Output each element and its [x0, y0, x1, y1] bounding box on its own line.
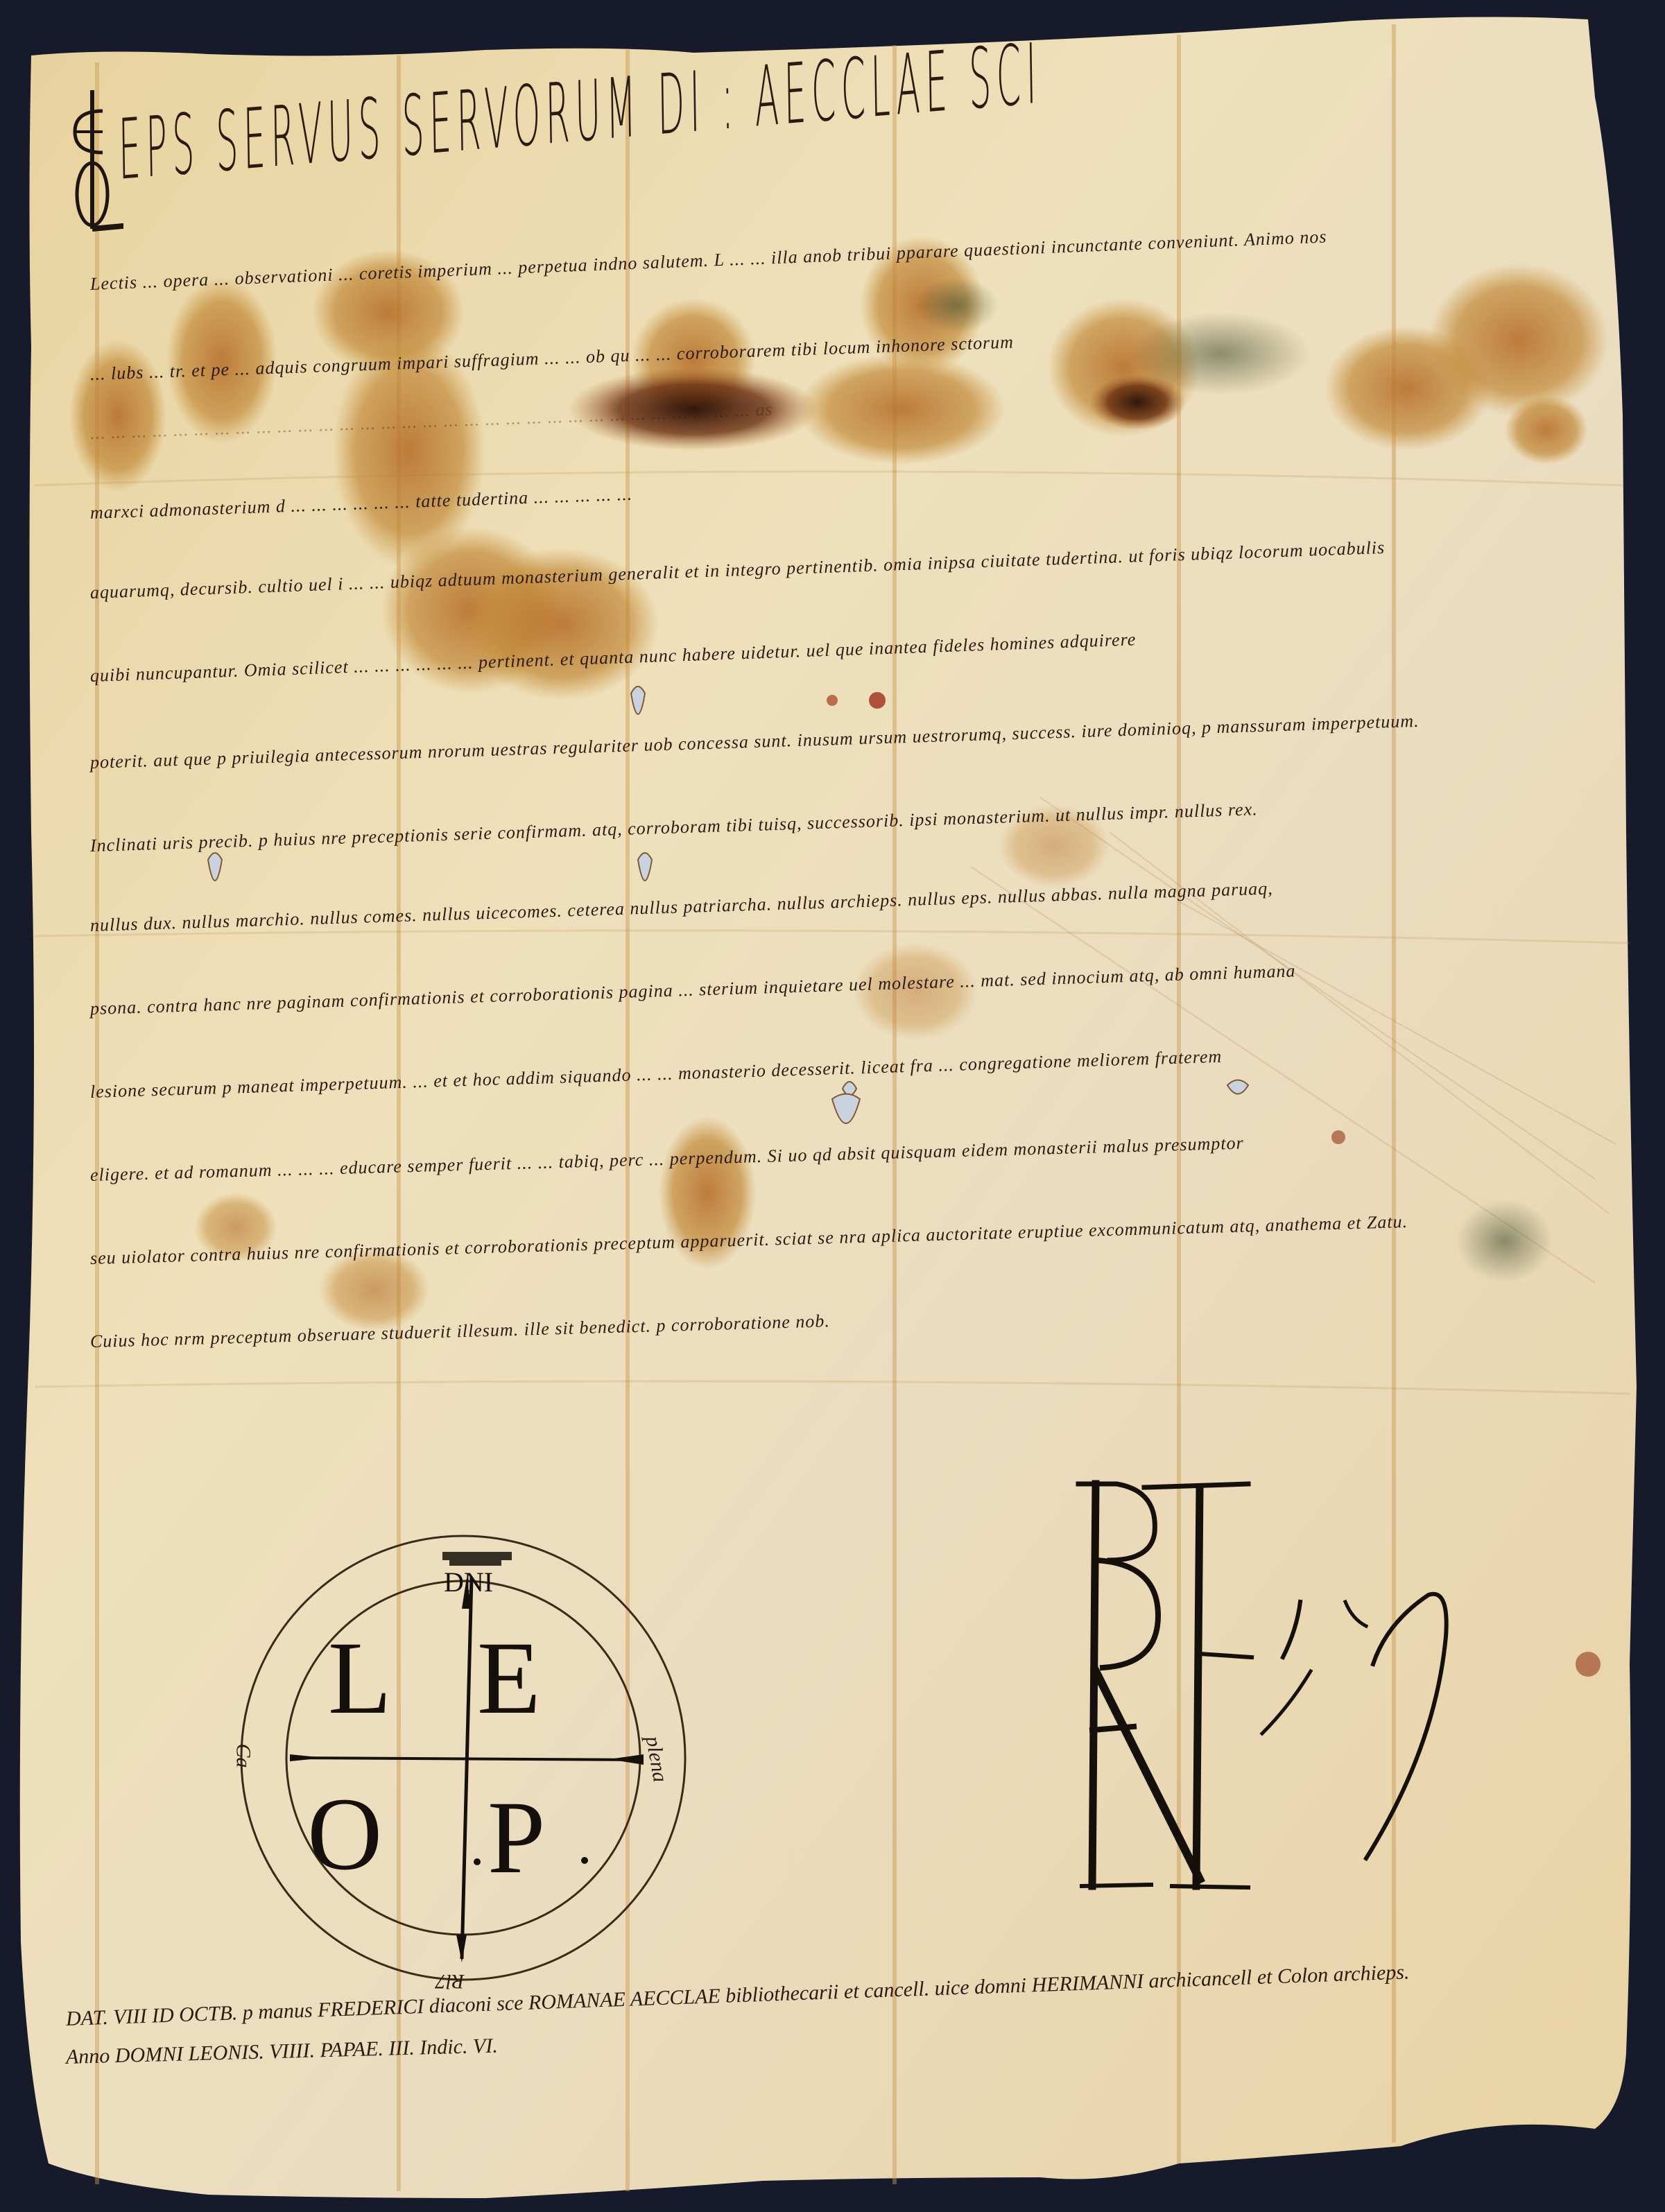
rota-letter-l: L — [328, 1626, 392, 1730]
chrismon-icon — [61, 83, 123, 236]
benevalete-monogram — [1054, 1456, 1665, 1942]
rota-top-label: DNI — [444, 1566, 493, 1598]
rota-bottom-label: Rl7 — [435, 1969, 465, 1993]
rota-letter-e: E — [477, 1626, 541, 1730]
rota-seal: L E O P DNI Ca plena Rl7 — [227, 1519, 699, 1990]
rota-letter-o: O — [307, 1782, 382, 1886]
chrismon-monogram — [61, 83, 123, 247]
rota-dot — [581, 1857, 588, 1864]
rota-letter-p: P — [488, 1786, 545, 1890]
rota-dot — [474, 1858, 481, 1865]
rota-left-label: Ca — [232, 1743, 255, 1768]
benevalete-icon — [1054, 1456, 1665, 1942]
